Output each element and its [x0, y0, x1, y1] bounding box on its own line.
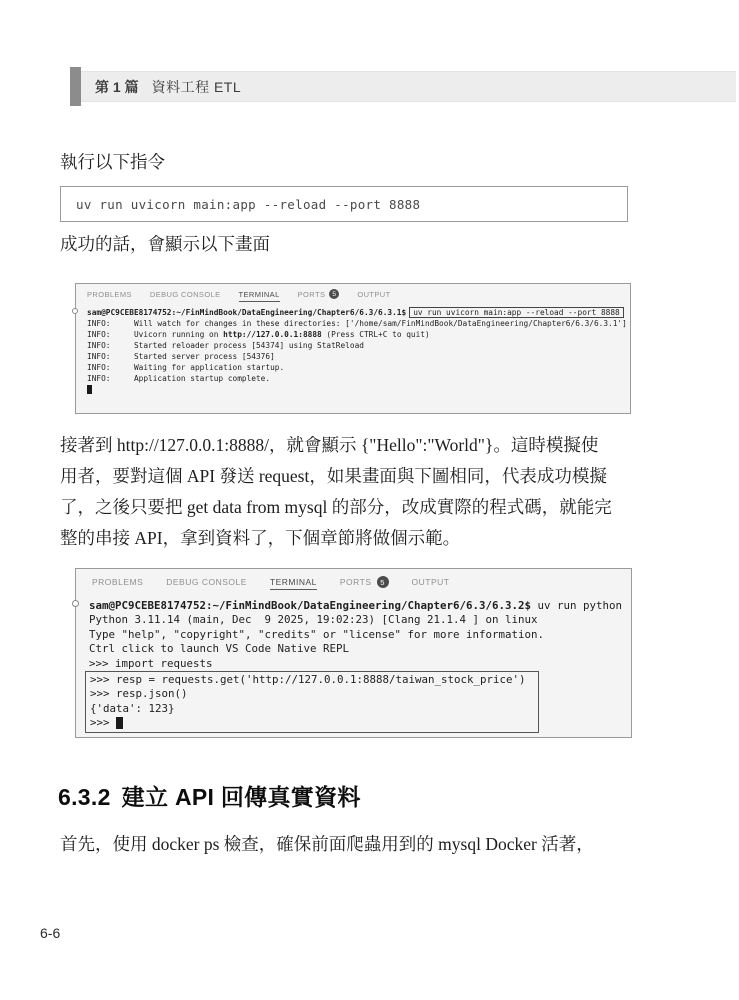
success-note-text: 成功的話，會顯示以下畫面 [60, 231, 270, 256]
section-number: 6.3.2 [58, 784, 111, 810]
terminal-line: INFO: Application startup complete. [87, 373, 630, 384]
run-instruction-text: 執行以下指令 [60, 149, 165, 174]
part-label: 第 1 篇 [95, 77, 139, 97]
terminal-prompt-line: sam@PC9CEBE8174752:~/FinMindBook/DataEng… [87, 307, 630, 318]
section-heading: 6.3.2建立 API 回傳真實資料 [58, 779, 361, 812]
terminal-line: >>> resp.json() [90, 687, 538, 701]
terminal-line: {'data': 123} [90, 702, 538, 716]
shell-prompt: sam@PC9CEBE8174752:~/FinMindBook/DataEng… [87, 308, 406, 317]
server-url: http://127.0.0.1:8888 [223, 330, 322, 339]
terminal-line: INFO: Uvicorn running on http://127.0.0.… [87, 329, 630, 340]
terminal-screenshot-2: PROBLEMS DEBUG CONSOLE TERMINAL PORTS5 O… [75, 568, 632, 738]
terminal-cursor-line: >>> [90, 716, 538, 730]
body-paragraph-2: 首先，使用 docker ps 檢查，確保前面爬蟲用到的 mysql Docke… [60, 829, 685, 860]
paragraph-line: 整的串接 API，拿到資料了，下個章節將做個示範。 [60, 523, 685, 554]
terminal-line: Ctrl click to launch VS Code Native REPL [89, 642, 631, 656]
prompt-marker-icon [72, 600, 79, 607]
shell-command: uv run python [531, 599, 622, 612]
tab-terminal: TERMINAL [270, 577, 317, 590]
highlighted-repl-box: >>> resp = requests.get('http://127.0.0.… [85, 671, 539, 733]
prompt-marker-icon [72, 308, 78, 314]
tab-debug-console: DEBUG CONSOLE [166, 577, 247, 587]
terminal-line: Python 3.11.14 (main, Dec 9 2025, 19:02:… [89, 613, 631, 627]
terminal-line: INFO: Will watch for changes in these di… [87, 318, 630, 329]
terminal-cursor [116, 717, 123, 729]
body-paragraph-1: 接著到 http://127.0.0.1:8888/，就會顯示 {"Hello"… [60, 430, 685, 554]
tab-ports: PORTS5 [340, 576, 389, 588]
terminal-line: >>> resp = requests.get('http://127.0.0.… [90, 673, 538, 687]
paragraph-line: 首先，使用 docker ps 檢查，確保前面爬蟲用到的 mysql Docke… [60, 829, 685, 860]
tab-output: OUTPUT [357, 290, 390, 299]
tab-terminal: TERMINAL [239, 290, 280, 302]
paragraph-line: 了，之後只要把 get data from mysql 的部分，改成實際的程式碼… [60, 492, 685, 523]
info-suffix: (Press CTRL+C to quit) [322, 330, 430, 339]
ports-count-badge: 5 [377, 576, 389, 588]
highlighted-command: uv run uvicorn main:app --reload --port … [409, 307, 624, 318]
terminal-1-content: sam@PC9CEBE8174752:~/FinMindBook/DataEng… [76, 304, 630, 395]
paragraph-line: 用者，要對這個 API 發送 request，如果畫面與下圖相同，代表成功模擬 [60, 461, 685, 492]
repl-prompt: >>> [90, 716, 116, 729]
chapter-accent-bar [70, 67, 81, 106]
terminal-line: INFO: Started reloader process [54374] u… [87, 340, 630, 351]
terminal-line: INFO: Started server process [54376] [87, 351, 630, 362]
part-title: 資料工程 ETL [152, 77, 242, 97]
tab-ports-label: PORTS [340, 577, 372, 587]
shell-prompt: sam@PC9CEBE8174752:~/FinMindBook/DataEng… [89, 599, 531, 612]
terminal-tab-bar: PROBLEMS DEBUG CONSOLE TERMINAL PORTS5 O… [76, 284, 630, 304]
terminal-cursor-line [87, 384, 630, 395]
tab-ports: PORTS5 [298, 289, 340, 299]
tab-problems: PROBLEMS [92, 577, 143, 587]
terminal-prompt-line: sam@PC9CEBE8174752:~/FinMindBook/DataEng… [89, 599, 631, 613]
command-text: uv run uvicorn main:app --reload --port … [76, 197, 420, 212]
tab-problems: PROBLEMS [87, 290, 132, 299]
tab-ports-label: PORTS [298, 290, 326, 299]
terminal-tab-bar: PROBLEMS DEBUG CONSOLE TERMINAL PORTS5 O… [76, 569, 631, 595]
terminal-line: Type "help", "copyright", "credits" or "… [89, 628, 631, 642]
page-number: 6-6 [40, 925, 60, 941]
section-title: 建立 API 回傳真實資料 [122, 784, 361, 810]
terminal-line: INFO: Waiting for application startup. [87, 362, 630, 373]
terminal-line: >>> import requests [89, 657, 631, 671]
chapter-header: 第 1 篇 資料工程 ETL [81, 71, 736, 102]
terminal-screenshot-1: PROBLEMS DEBUG CONSOLE TERMINAL PORTS5 O… [75, 283, 631, 414]
paragraph-line: 接著到 http://127.0.0.1:8888/，就會顯示 {"Hello"… [60, 430, 685, 461]
tab-output: OUTPUT [412, 577, 450, 587]
terminal-2-content: sam@PC9CEBE8174752:~/FinMindBook/DataEng… [76, 595, 631, 733]
command-code-box: uv run uvicorn main:app --reload --port … [60, 186, 628, 222]
info-prefix: INFO: Uvicorn running on [87, 330, 223, 339]
terminal-cursor [87, 385, 92, 394]
ports-count-badge: 5 [329, 289, 339, 299]
tab-debug-console: DEBUG CONSOLE [150, 290, 221, 299]
